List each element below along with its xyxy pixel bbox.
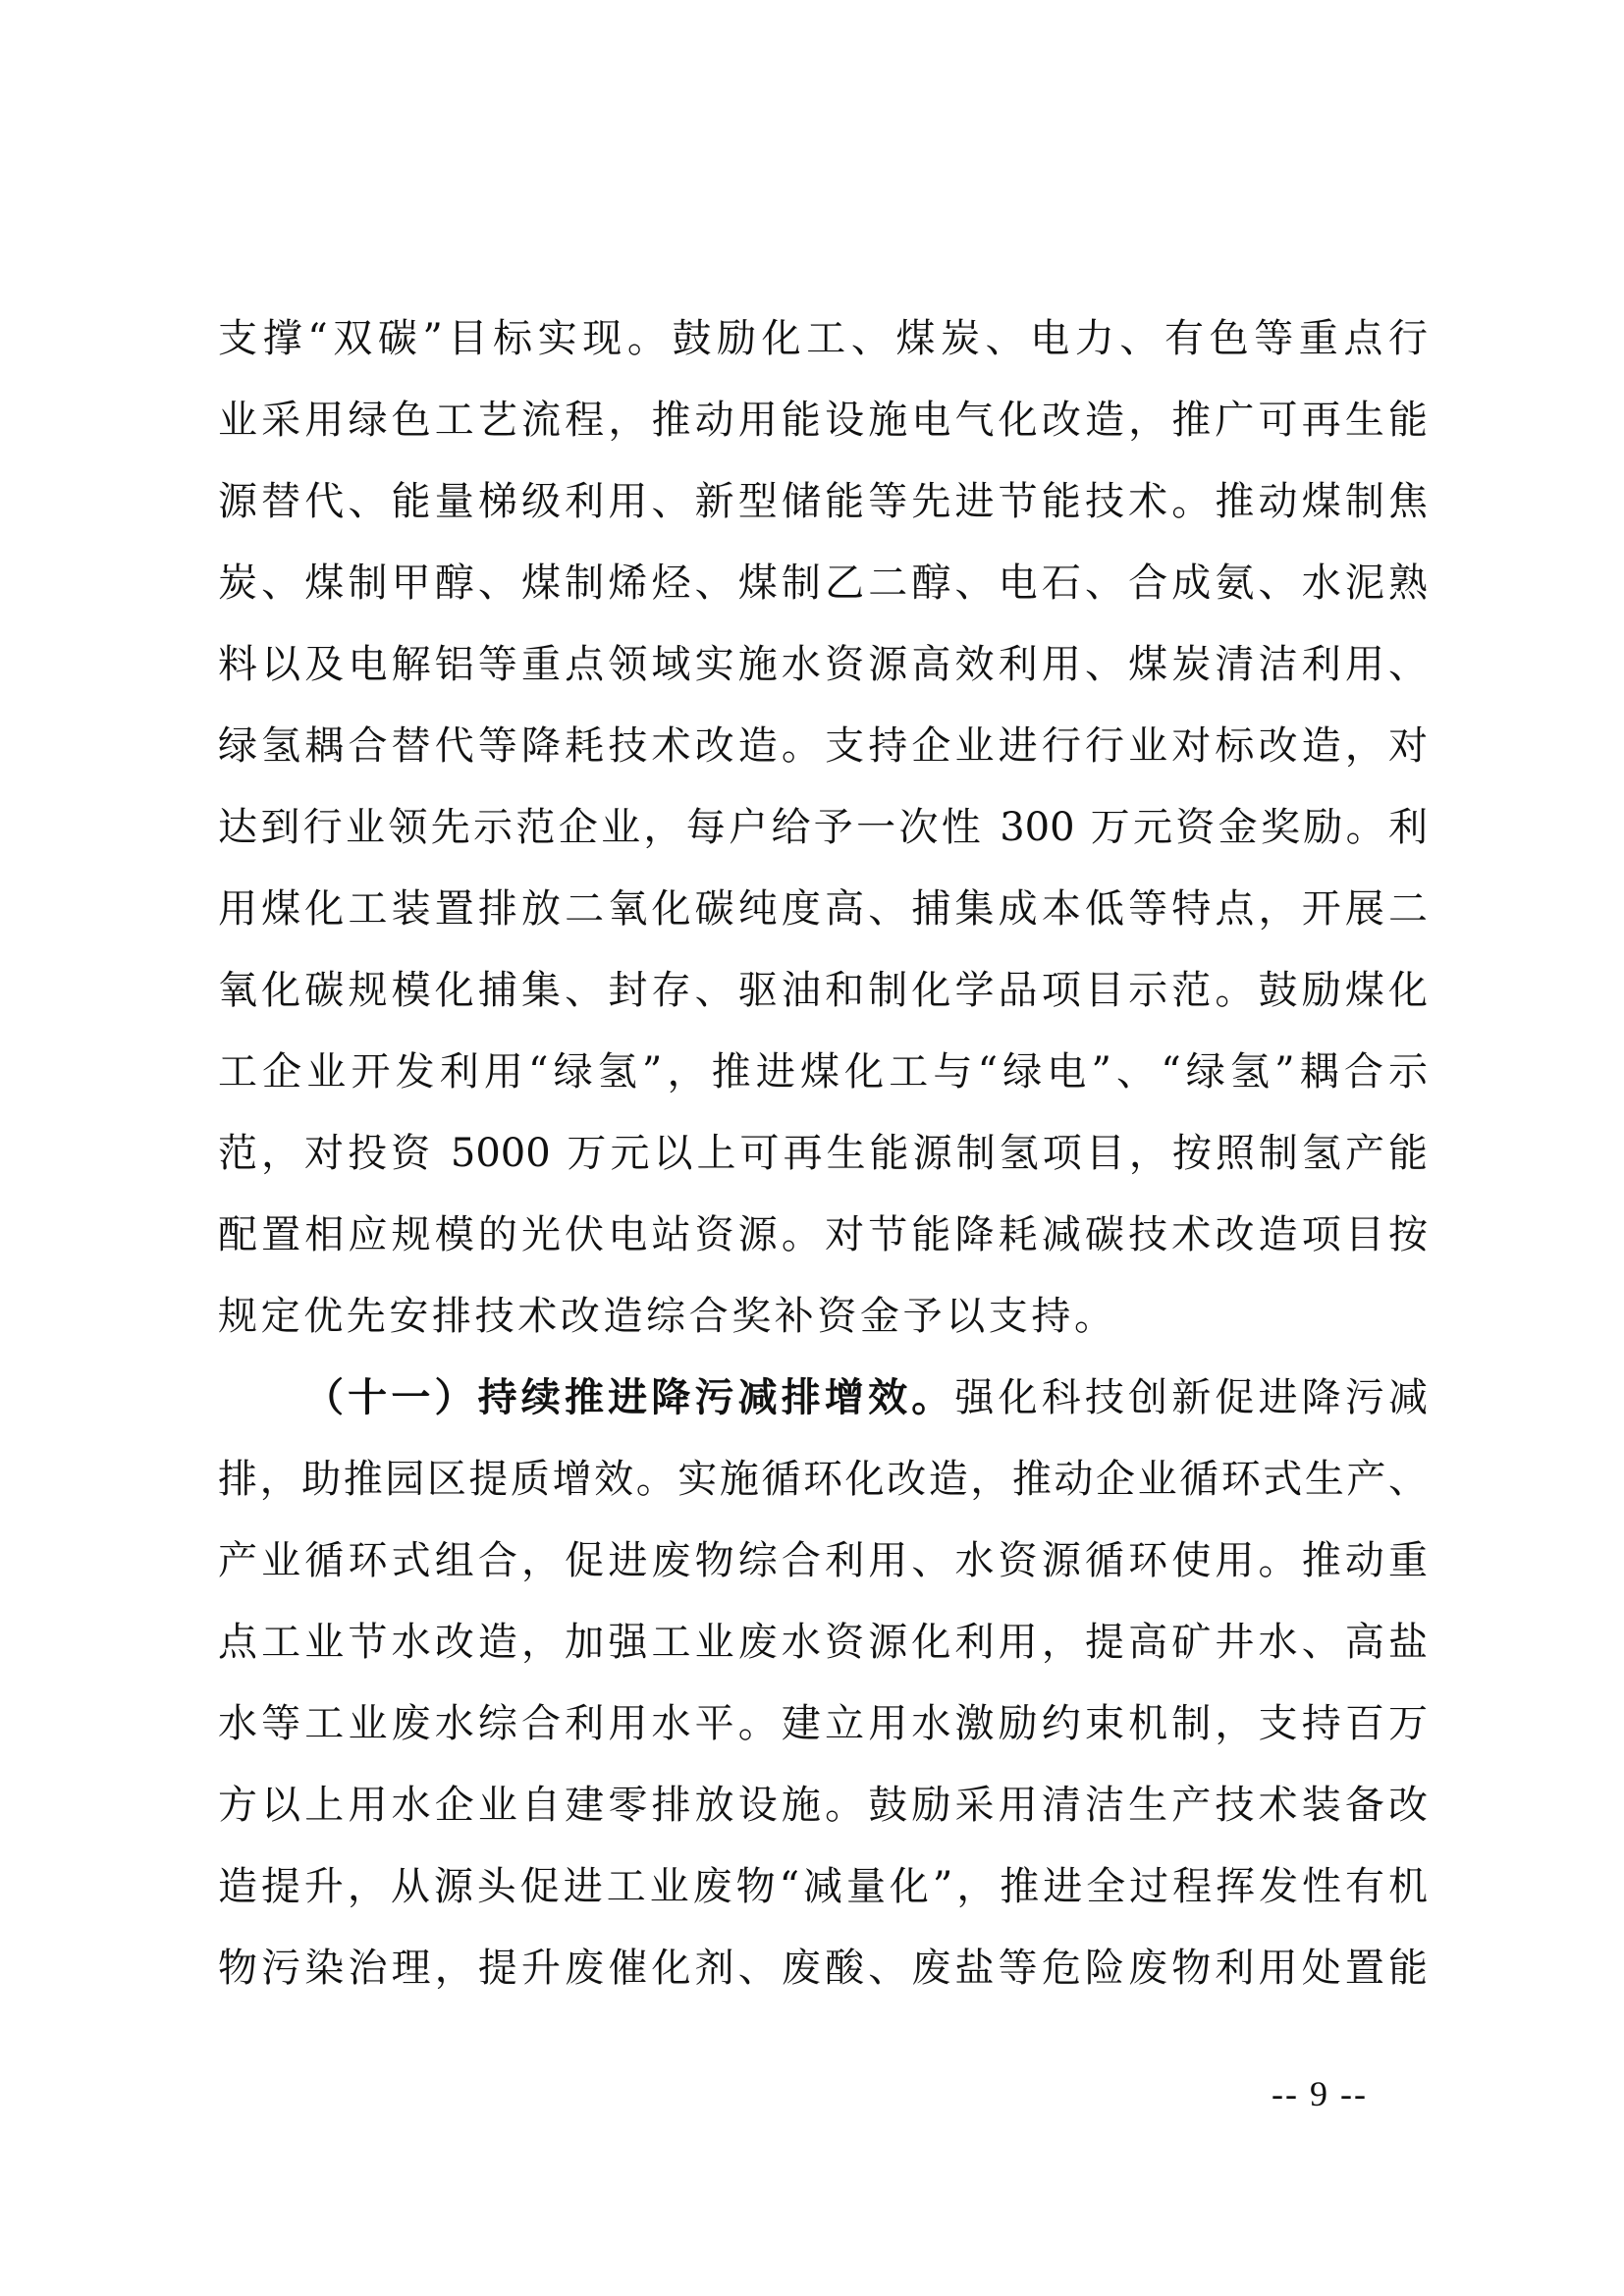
text-line: 绿氢耦合替代等降耗技术改造。支持企业进行行业对标改造，对 [218, 714, 1428, 795]
text-line: 产业循环式组合，促进废物综合利用、水资源循环使用。推动重 [218, 1528, 1428, 1610]
text-line: 点工业节水改造，加强工业废水资源化利用，提高矿井水、高盐 [218, 1610, 1428, 1691]
text-line: 方以上用水企业自建零排放设施。鼓励采用清洁生产技术装备改 [218, 1773, 1428, 1854]
text-line: 工企业开发利用“绿氢”，推进煤化工与“绿电”、“绿氢”耦合示 [218, 1040, 1428, 1121]
text-line: 造提升，从源头促进工业废物“减量化”，推进全过程挥发性有机 [218, 1854, 1428, 1936]
paragraph-last-line: 规定优先安排技术改造综合奖补资金予以支持。 [218, 1284, 1428, 1365]
text-line: 料以及电解铝等重点领域实施水资源高效利用、煤炭清洁利用、 [218, 632, 1428, 714]
body-text: 支撑“双碳”目标实现。鼓励化工、煤炭、电力、有色等重点行 业采用绿色工艺流程，推… [218, 306, 1428, 2017]
text-line: 氧化碳规模化捕集、封存、驱油和制化学品项目示范。鼓励煤化 [218, 958, 1428, 1040]
section-heading: （十一）持续推进降污减排增效。 [304, 1375, 954, 1420]
text-line: 范，对投资 5000 万元以上可再生能源制氢项目，按照制氢产能 [218, 1121, 1428, 1202]
text-line: 配置相应规模的光伏电站资源。对节能降耗减碳技术改造项目按 [218, 1202, 1428, 1284]
text-line: 达到行业领先示范企业，每户给予一次性 300 万元资金奖励。利 [218, 795, 1428, 877]
text-line: 炭、煤制甲醇、煤制烯烃、煤制乙二醇、电石、合成氨、水泥熟 [218, 551, 1428, 632]
section-heading-continuation: 强化科技创新促进降污减 [954, 1375, 1428, 1420]
text-line: 排，助推园区提质增效。实施循环化改造，推动企业循环式生产、 [218, 1447, 1428, 1528]
text-line: 源替代、能量梯级利用、新型储能等先进节能技术。推动煤制焦 [218, 469, 1428, 551]
document-page: 支撑“双碳”目标实现。鼓励化工、煤炭、电力、有色等重点行 业采用绿色工艺流程，推… [0, 0, 1624, 2296]
text-line: 用煤化工装置排放二氧化碳纯度高、捕集成本低等特点，开展二 [218, 877, 1428, 958]
section-heading-line: （十一）持续推进降污减排增效。强化科技创新促进降污减 [218, 1365, 1428, 1447]
text-line: 物污染治理，提升废催化剂、废酸、废盐等危险废物利用处置能 [218, 1936, 1428, 2017]
text-line: 水等工业废水综合利用水平。建立用水激励约束机制，支持百万 [218, 1691, 1428, 1773]
text-line: 业采用绿色工艺流程，推动用能设施电气化改造，推广可再生能 [218, 388, 1428, 469]
page-number: -- 9 -- [1272, 2073, 1368, 2114]
text-line: 支撑“双碳”目标实现。鼓励化工、煤炭、电力、有色等重点行 [218, 306, 1428, 388]
